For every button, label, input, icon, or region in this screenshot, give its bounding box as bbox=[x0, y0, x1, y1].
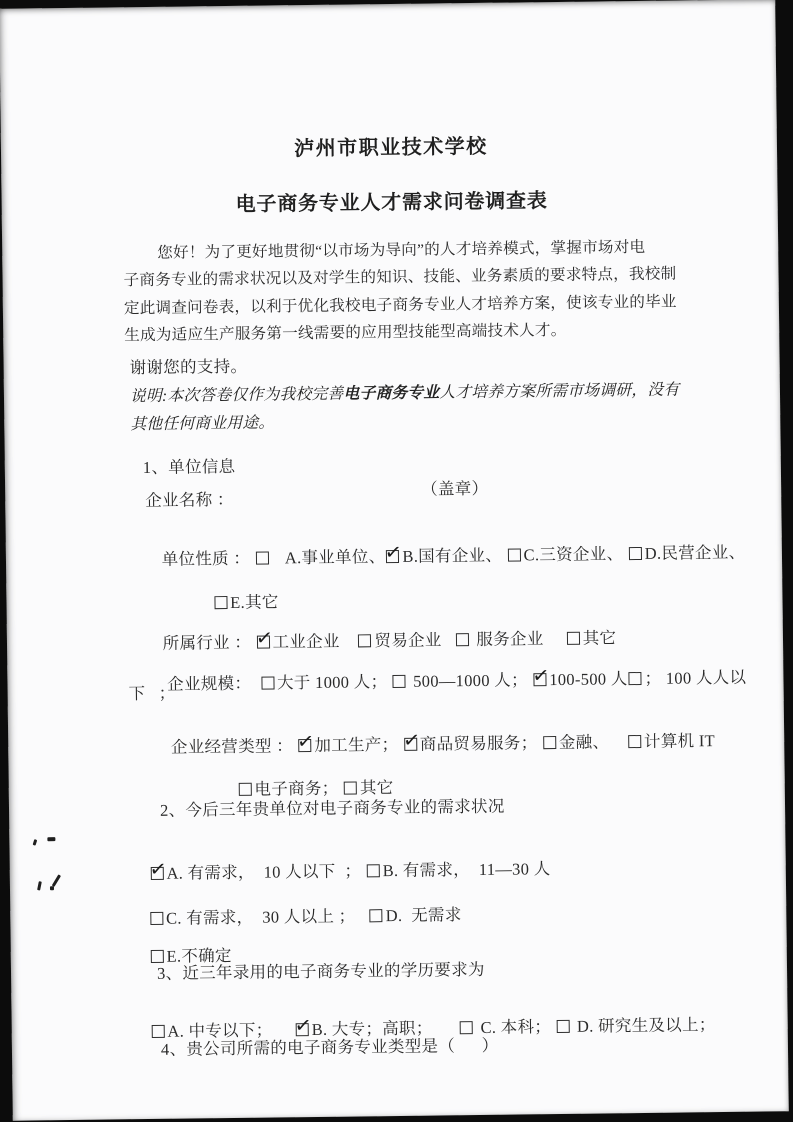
option-label: B. 有需求， 11—30 人 bbox=[383, 859, 551, 880]
ink-mark bbox=[33, 839, 38, 846]
section3-title: 3、近三年录用的电子商务专业的学历要求为 bbox=[157, 956, 485, 984]
company-name-label: 企业名称 ： bbox=[145, 486, 234, 511]
option-label: 金融、 bbox=[559, 732, 627, 752]
option-label: A.事业单位、 bbox=[271, 547, 385, 567]
option-label: 加工生产； bbox=[314, 735, 403, 755]
note-prefix: 说明:本次答卷仅作为我校完善 bbox=[130, 386, 344, 406]
thanks-text: 谢谢您的支持。 bbox=[129, 353, 247, 378]
option-label: D.民营企业、 bbox=[645, 543, 746, 563]
option-label: D. 研究生及以上； bbox=[572, 1015, 715, 1036]
section1-title: 1、单位信息 bbox=[143, 453, 236, 478]
checkbox-q2-d[interactable] bbox=[370, 909, 383, 922]
company-scale-wrap: 下 ； bbox=[128, 680, 175, 705]
checkbox-scale-1[interactable] bbox=[261, 676, 274, 689]
stamp-hint: （盖章） bbox=[421, 475, 488, 500]
checkbox-biztype-2[interactable] bbox=[404, 738, 417, 751]
checkbox-nature-c[interactable] bbox=[508, 548, 521, 561]
checkbox-scale-4[interactable] bbox=[628, 672, 641, 685]
checkbox-biztype-6[interactable] bbox=[344, 781, 357, 794]
scanned-page: 泸州市职业技术学校 电子商务专业人才需求问卷调查表 您好！为了更好地贯彻“以市场… bbox=[0, 0, 789, 1121]
checkbox-biztype-4[interactable] bbox=[628, 735, 641, 748]
ink-mark bbox=[50, 886, 54, 890]
option-label: B.国有企业、 bbox=[402, 546, 506, 566]
checkbox-industry-4[interactable] bbox=[567, 632, 580, 645]
checkbox-industry-2[interactable] bbox=[358, 634, 371, 647]
checkbox-scale-2[interactable] bbox=[393, 675, 406, 688]
note-line: 其他任何商业用途。 bbox=[130, 404, 690, 439]
ink-mark bbox=[47, 837, 55, 841]
section2-title: 2、今后三年贵单位对电子商务专业的需求状况 bbox=[160, 793, 505, 821]
checkbox-industry-1[interactable] bbox=[256, 636, 269, 649]
option-label: A. 有需求， 10 人以下 ； bbox=[166, 861, 365, 882]
checkbox-biztype-1[interactable] bbox=[298, 739, 311, 752]
form-title: 电子商务专业人才需求问卷调查表 bbox=[111, 183, 671, 219]
business-type-label: 企业经营类型 ： bbox=[171, 736, 298, 757]
checkbox-biztype-3[interactable] bbox=[543, 736, 556, 749]
option-label: 500—1000 人； bbox=[409, 670, 533, 691]
note-bold-major: 电子商务专业 bbox=[343, 384, 439, 402]
option-label: 计算机 IT bbox=[644, 731, 715, 751]
option-label: 商品贸易服务； bbox=[420, 733, 542, 753]
option-label: 大于 1000 人； bbox=[277, 672, 392, 692]
option-label: ； 100 人人以 bbox=[644, 668, 746, 688]
checkbox-nature-a[interactable] bbox=[255, 552, 268, 565]
option-label: C.三资企业、 bbox=[523, 544, 627, 564]
checkbox-nature-b[interactable] bbox=[386, 550, 399, 563]
checkbox-nature-d[interactable] bbox=[629, 547, 642, 560]
checkbox-industry-3[interactable] bbox=[456, 633, 469, 646]
company-scale-label: 企业规模： bbox=[167, 674, 260, 694]
checkbox-biztype-5[interactable] bbox=[238, 783, 251, 796]
checkbox-q2-b[interactable] bbox=[367, 864, 380, 877]
note-paragraph: 说明:本次答卷仅作为我校完善电子商务专业人才培养方案所需市场调研，没有 其他任何… bbox=[130, 376, 691, 439]
ink-mark bbox=[52, 874, 61, 887]
school-name: 泸州市职业技术学校 bbox=[111, 128, 671, 164]
ink-mark bbox=[37, 881, 42, 890]
checkbox-nature-e[interactable] bbox=[214, 596, 227, 609]
unit-nature-label: 单位性质 ： bbox=[162, 549, 255, 569]
checkbox-q2-a[interactable] bbox=[150, 867, 163, 880]
scan-background: { "doc": { "school": "泸州市职业技术学校", "title… bbox=[0, 0, 793, 1122]
checkbox-q3-d[interactable] bbox=[556, 1020, 569, 1033]
intro-line: 生成为适应生产服务第一线需要的应用型技能型高端技术人才。 bbox=[124, 315, 680, 349]
checkbox-scale-3[interactable] bbox=[533, 673, 546, 686]
company-scale-row: 企业规模： 大于 1000 人； 500—1000 人； 100-500 人； … bbox=[149, 644, 747, 715]
section4-title: 4、贵公司所需的电子商务专业类型是（ ） bbox=[161, 1032, 499, 1060]
option-label: 100-500 人 bbox=[549, 669, 628, 689]
note-suffix: 人才培养方案所需市场调研，没有 bbox=[439, 382, 679, 402]
option-label: D. 无需求 bbox=[386, 905, 462, 925]
intro-paragraph: 您好！为了更好地贯彻“以市场为导向”的人才培养模式，掌握市场对电 子商务专业的需… bbox=[123, 233, 680, 349]
